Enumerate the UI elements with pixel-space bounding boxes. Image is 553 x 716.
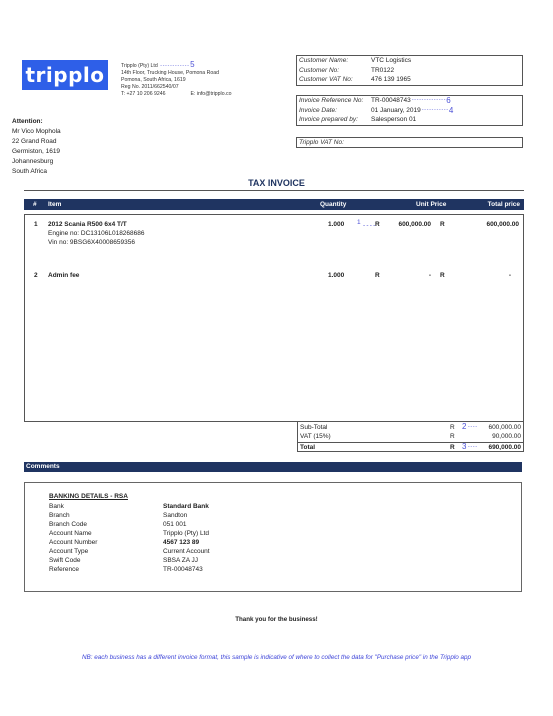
total-row: Total R 3 - - - - 690,000.00 [298,442,523,452]
total-value: 690,000.00 [488,443,521,452]
swift-code-value: SBSA ZA JJ [163,557,198,564]
row-num: 2 [34,272,38,279]
company-details: Tripplo (Pty) Ltd - - - - - - - - - - - … [121,61,232,98]
col-quantity: Quantity [320,201,346,208]
annotation-marker: 3 [462,442,466,451]
customer-vat-label: Customer VAT No: [299,75,371,85]
attention-label: Attention: [12,117,61,127]
annotation-marker: 6 [446,96,450,106]
company-address-line2: Pomona, South Africa, 1619 [121,77,232,84]
annotation-dash: - - - - [363,222,375,229]
company-email: E: info@tripplo.co [190,91,231,97]
banking-details-box: BANKING DETAILS - RSA Bank Standard Bank… [24,482,522,592]
attention-line: 22 Grand Road [12,137,61,147]
company-phone: T: +27 10 206 9246 [121,91,166,97]
account-name-value: Tripplo (Pty) Ltd [163,530,209,537]
nb-note: NB: each business has a different invoic… [0,654,553,661]
row-detail: Vin no: 9BSG6X40008659356 [48,239,135,246]
annotation-dash: - - - - - - - - - - - - - - [411,96,446,106]
annotation-marker: 2 [462,422,466,431]
comments-header: Comments [24,462,522,472]
bank-label: Bank [49,503,64,510]
attention-line: South Africa [12,167,61,177]
attention-line: Germiston, 1619 [12,147,61,157]
company-address-line1: 14th Floor, Trucking House, Pomona Road [121,70,232,77]
row-quantity: 1.000 [328,272,344,279]
row-num: 1 [34,221,38,228]
total-currency: R [450,443,455,452]
account-number-value: 4567 123 89 [163,539,199,546]
annotation-dash: - - - - [468,443,477,452]
company-reg-no: Reg No. 2011/662540/07 [121,84,232,91]
reference-value: TR-00048743 [163,566,203,573]
row-detail: Engine no: DC13106L018268686 [48,230,145,237]
tripplo-vat-box: Tripplo VAT No: [296,137,523,148]
customer-no-label: Customer No: [299,66,371,76]
branch-value: Sandton [163,512,187,519]
totals-box: Sub-Total R 2 - - - - 600,000.00 VAT (15… [297,422,524,452]
annotation-marker: 4 [449,106,453,116]
col-total-price: Total price [488,201,520,208]
subtotal-row: Sub-Total R 2 - - - - 600,000.00 [298,423,523,432]
col-item: Item [48,201,61,208]
row-total-price: - [509,272,511,279]
vat-label: VAT (15%) [300,432,331,441]
invoice-prepared-by: Salesperson 01 [371,115,416,125]
annotation-marker: 1 [357,219,361,226]
invoice-prepared-label: Invoice prepared by: [299,115,371,125]
tripplo-vat-label: Tripplo VAT No: [299,138,371,148]
invoice-date: 01 January, 2019 [371,106,421,116]
row-unit-price: - [429,272,431,279]
vat-row: VAT (15%) R 90,000.00 [298,432,523,441]
subtotal-value: 600,000.00 [488,423,521,432]
row-currency: R [440,272,445,279]
vat-value: 90,000.00 [492,432,521,441]
account-type-value: Current Account [163,548,210,555]
invoice-date-label: Invoice Date: [299,106,371,116]
account-number-label: Account Number [49,539,97,546]
col-unit-price: Unit Price [416,201,446,208]
invoice-ref: TR-00048743 [371,96,411,106]
table-header: # Item Quantity Unit Price Total price [24,199,524,210]
attention-line: Mr Vico Mophola [12,127,61,137]
subtotal-label: Sub-Total [300,423,327,432]
col-num: # [33,201,37,208]
annotation-dash: - - - - - - - - - - - [421,106,449,116]
page-title: TAX INVOICE [0,178,553,188]
row-total-price: 600,000.00 [486,221,519,228]
annotation-marker: 5 [190,60,194,69]
attention-block: Attention: Mr Vico Mophola 22 Grand Road… [12,117,61,177]
customer-no: TR0122 [371,66,394,76]
row-currency: R [375,272,380,279]
invoice-ref-label: Invoice Reference No: [299,96,371,106]
total-label: Total [300,443,315,452]
company-name: Tripplo (Pty) Ltd [121,63,158,69]
branch-label: Branch [49,512,70,519]
reference-label: Reference [49,566,79,573]
vat-currency: R [450,432,455,441]
swift-code-label: Swift Code [49,557,80,564]
banking-heading: BANKING DETAILS - RSA [49,493,128,500]
tripplo-logo: tripplo [22,60,108,90]
comments-label: Comments [26,463,60,470]
subtotal-currency: R [450,423,455,432]
account-type-label: Account Type [49,548,88,555]
row-item: Admin fee [48,272,79,279]
invoice-info-box: Invoice Reference No:TR-00048743 - - - -… [296,95,523,126]
line-items-table: 1 2012 Scania R500 6x4 T/T Engine no: DC… [24,214,524,422]
bank-value: Standard Bank [163,503,209,510]
annotation-dash: - - - - [468,423,477,432]
row-item: 2012 Scania R500 6x4 T/T [48,221,127,228]
customer-vat: 476 139 1965 [371,75,411,85]
branch-code-label: Branch Code [49,521,87,528]
customer-name-label: Customer Name: [299,56,371,66]
thank-you-message: Thank you for the business! [0,616,553,623]
attention-line: Johannesburg [12,157,61,167]
row-currency: R [440,221,445,228]
customer-name: VTC Logistics [371,56,411,66]
annotation-dash: - - - - - - - - - - - - [159,63,188,69]
row-quantity: 1.000 [328,221,344,228]
branch-code-value: 051 001 [163,521,187,528]
customer-info-box: Customer Name:VTC Logistics Customer No:… [296,55,523,86]
account-name-label: Account Name [49,530,92,537]
row-currency: R [375,221,380,228]
title-divider [24,190,524,191]
row-unit-price: 600,000.00 [398,221,431,228]
